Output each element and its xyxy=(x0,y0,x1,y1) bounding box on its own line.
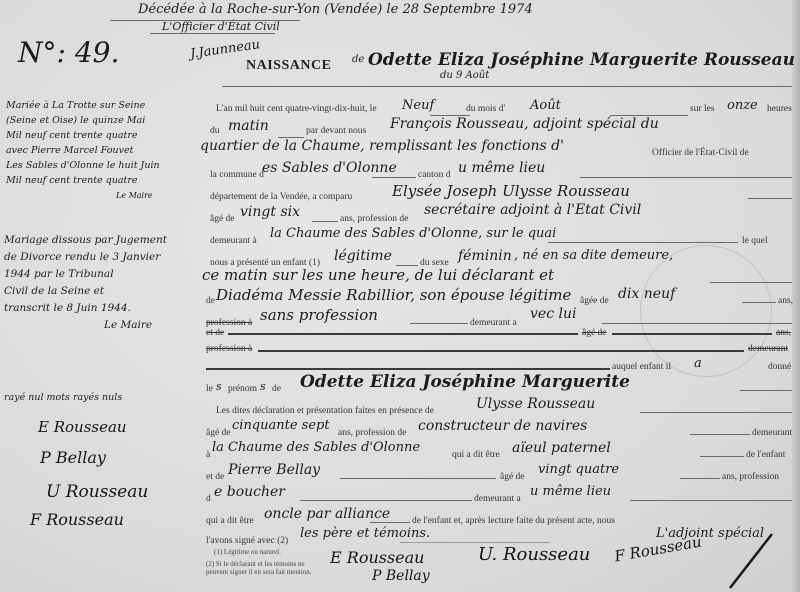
handwritten-entry: onze xyxy=(727,98,758,113)
handwritten-entry: a xyxy=(694,356,702,371)
rule xyxy=(630,500,792,501)
handwritten-entry: oncle par alliance xyxy=(264,506,390,522)
divorce-note-line: 1944 par le Tribunal xyxy=(4,266,167,283)
rule xyxy=(340,478,496,479)
strike-rule xyxy=(612,333,772,335)
page-edge xyxy=(792,0,800,592)
printed-text: le quel xyxy=(742,236,768,246)
divorce-note-line: Civil de la Seine et xyxy=(4,283,167,300)
divorce-note-line: de Divorce rendu le 3 Janvier xyxy=(4,249,167,266)
birth-date-note: du 9 Août xyxy=(440,70,489,81)
handwritten-entry: féminin xyxy=(458,248,512,264)
handwritten-entry: quartier de la Chaume, remplissant les f… xyxy=(200,138,564,154)
printed-text: L'an mil huit cent quatre-vingt-dix-huit… xyxy=(216,104,377,114)
rule xyxy=(300,500,472,501)
printed-text: de l'enfant xyxy=(746,450,785,460)
death-annotation-officer: L'Officier d'État Civil xyxy=(162,20,280,33)
printed-text: âgée de xyxy=(580,296,609,306)
birth-certificate-page: Décédée à la Roche-sur-Yon (Vendée) le 2… xyxy=(0,0,800,592)
marriage-note-line: (Seine et Oise) le quinze Mai xyxy=(6,113,160,128)
printed-text: du xyxy=(210,126,220,136)
faded-stamp xyxy=(640,245,772,377)
printed-text: demeurant xyxy=(752,428,792,438)
divorce-note-line: transcrit le 8 Juin 1944. xyxy=(4,300,167,317)
handwritten-entry: Août xyxy=(530,98,561,113)
strike-rule xyxy=(206,368,610,370)
rule xyxy=(312,221,338,222)
printed-text: et de xyxy=(206,472,224,482)
approval-note: rayé nul mots rayés nuls xyxy=(4,390,122,405)
rule xyxy=(410,323,468,324)
signature-flourish xyxy=(720,530,780,590)
margin-signature: F Rousseau xyxy=(30,510,124,529)
rule xyxy=(370,522,410,523)
rule xyxy=(548,242,738,243)
handwritten-entry: la Chaume des Sables d'Olonne, sur le qu… xyxy=(270,226,556,241)
handwritten-entry: aïeul paternel xyxy=(512,440,611,456)
printed-text: la commune d xyxy=(210,170,264,180)
rule xyxy=(640,412,792,413)
rule xyxy=(602,323,792,324)
marriage-note-line: Mil neuf cent trente quatre xyxy=(6,128,160,143)
printed-text-struck: ans, xyxy=(776,328,791,338)
printed-text-struck: âgé de xyxy=(582,328,607,338)
printed-text: département de la Vendée, a comparu xyxy=(210,192,352,202)
handwritten-entry: s xyxy=(260,380,266,393)
printed-text: demeurant a xyxy=(470,318,517,328)
handwritten-entry: légitime xyxy=(334,248,392,264)
marriage-note-line: avec Pierre Marcel Fouvet xyxy=(6,143,160,158)
strike-rule xyxy=(228,333,578,335)
printed-text-struck: profession à xyxy=(206,318,252,328)
printed-text: ans, profession de xyxy=(340,214,408,224)
margin-signature: U Rousseau xyxy=(46,482,148,502)
printed-text: demeurant à xyxy=(210,236,257,246)
handwritten-entry: Elysée Joseph Ulysse Rousseau xyxy=(392,182,630,200)
rule xyxy=(400,542,550,543)
marriage-note-line: Mil neuf cent trente quatre xyxy=(6,173,160,188)
printed-text: ans, xyxy=(778,296,793,306)
printed-text: de l'enfant et, après lecture faite du p… xyxy=(412,516,615,526)
printed-text: donné xyxy=(768,362,791,372)
document-title: NAISSANCE xyxy=(246,58,331,74)
printed-text: à xyxy=(206,450,210,460)
rule xyxy=(150,33,275,34)
printed-text: qui a dit être xyxy=(452,450,500,460)
printed-text: Les dites déclaration et présentation fa… xyxy=(216,406,434,416)
title-rule xyxy=(222,86,792,87)
marriage-note-line: Mariée à La Trotte sur Seine xyxy=(6,98,160,113)
child-full-name: Odette Eliza Joséphine Marguerite Rousse… xyxy=(368,50,795,70)
marriage-note-line: Les Sables d'Olonne le huit Juin xyxy=(6,158,160,173)
printed-text: auquel enfant il xyxy=(612,362,671,372)
handwritten-entry: u même lieu xyxy=(458,160,545,176)
handwritten-entry: Diadéma Messie Rabillior, son épouse lég… xyxy=(216,286,571,304)
printed-text-struck: demeurant xyxy=(748,344,788,354)
printed-text: de xyxy=(272,384,281,394)
bottom-signature: P Bellay xyxy=(372,568,430,584)
printed-text-struck: et de xyxy=(206,328,224,338)
printed-text: ans, profession de xyxy=(338,428,406,438)
handwritten-entry: matin xyxy=(228,118,269,134)
handwritten-entry: Neuf xyxy=(402,98,434,113)
margin-signature: P Bellay xyxy=(40,448,106,467)
rule xyxy=(740,390,792,391)
handwritten-entry: la Chaume des Sables d'Olonne xyxy=(212,440,420,455)
handwritten-entry: dix neuf xyxy=(618,286,675,302)
printed-text: âgé de xyxy=(210,214,235,224)
printed-text: le xyxy=(206,384,213,394)
printed-text-struck: profession à xyxy=(206,344,252,354)
rule xyxy=(700,456,744,457)
handwritten-entry: vec lui xyxy=(530,306,576,322)
printed-text: par devant nous xyxy=(306,126,366,136)
divorce-note-line: Mariage dissous par Jugement xyxy=(4,232,167,249)
handwritten-entry: u même lieu xyxy=(530,484,611,499)
handwritten-entry: e boucher xyxy=(214,484,285,500)
marriage-note-signature: Le Maire xyxy=(6,188,160,203)
printed-text: d xyxy=(206,494,211,504)
footnote-2: (2) Si le déclarant et les témoins ne pe… xyxy=(206,560,314,576)
rule xyxy=(580,177,792,178)
printed-text: de xyxy=(206,296,215,306)
strike-rule xyxy=(258,350,744,352)
handwritten-entry: secrétaire adjoint à l'Etat Civil xyxy=(424,202,641,218)
child-given-names: Odette Eliza Joséphine Marguerite xyxy=(300,372,630,392)
printed-text: canton d xyxy=(418,170,450,180)
rule xyxy=(372,177,416,178)
footnote-1: (1) Légitime ou naturel. xyxy=(214,548,281,556)
bottom-signature: U. Rousseau xyxy=(478,544,590,565)
handwritten-entry: , né en sa dite demeure, xyxy=(514,248,673,263)
printed-text: sur les xyxy=(690,104,715,114)
bottom-signature: E Rousseau xyxy=(330,548,424,567)
handwritten-entry: Pierre Bellay xyxy=(228,462,320,478)
printed-text: heures xyxy=(767,104,792,114)
death-annotation: Décédée à la Roche-sur-Yon (Vendée) le 2… xyxy=(138,2,533,17)
printed-text: l'avons signé avec (2) xyxy=(206,536,288,546)
rule xyxy=(680,478,720,479)
printed-text: Officier de l'État-Civil de xyxy=(652,148,749,158)
margin-signature: E Rousseau xyxy=(38,418,127,436)
title-de: de xyxy=(352,54,364,65)
divorce-note: Mariage dissous par Jugement de Divorce … xyxy=(4,232,167,334)
printed-text: qui a dit être xyxy=(206,516,254,526)
handwritten-entry: constructeur de navires xyxy=(418,418,587,434)
handwritten-entry: es Sables d'Olonne xyxy=(262,160,397,176)
act-number: N°: 49. xyxy=(18,36,119,69)
rule xyxy=(742,302,776,303)
printed-text: du mois d' xyxy=(466,104,505,114)
handwritten-entry: les père et témoins. xyxy=(300,526,430,541)
rule xyxy=(690,434,750,435)
handwritten-entry: vingt quatre xyxy=(538,462,619,477)
handwritten-entry: vingt six xyxy=(240,204,300,220)
handwritten-entry: ce matin sur les une heure, de lui décla… xyxy=(202,266,554,284)
printed-text: ans, profession xyxy=(722,472,779,482)
printed-text: demeurant a xyxy=(474,494,521,504)
handwritten-entry: François Rousseau, adjoint spécial du xyxy=(390,116,659,132)
printed-text: prénom xyxy=(228,384,257,394)
handwritten-entry: cinquante sept xyxy=(232,418,330,433)
handwritten-entry: Ulysse Rousseau xyxy=(476,396,595,412)
handwritten-entry: s xyxy=(216,380,222,393)
divorce-note-signature: Le Maire xyxy=(4,317,167,334)
marriage-note: Mariée à La Trotte sur Seine (Seine et O… xyxy=(6,98,160,203)
rule xyxy=(710,282,792,283)
rule xyxy=(748,198,792,199)
handwritten-entry: sans profession xyxy=(260,306,378,324)
printed-text: âgé de xyxy=(500,472,525,482)
printed-text: âgé de xyxy=(206,428,231,438)
